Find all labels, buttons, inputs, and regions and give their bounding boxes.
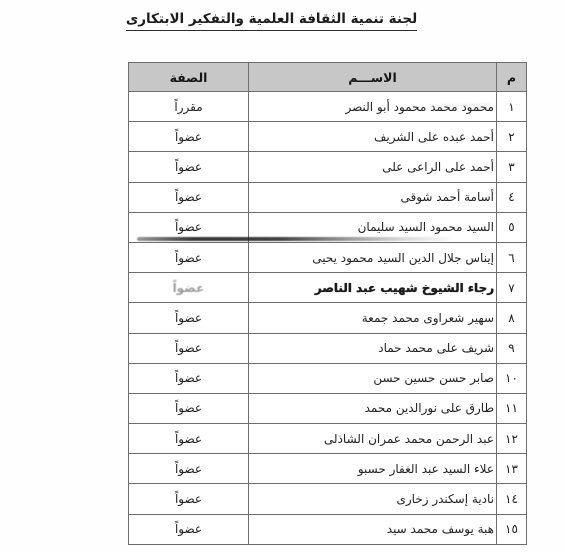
table-row: ٨سهير شعراوى محمد جمعةعضواً [129,303,527,333]
member-role: عضواً [129,273,249,303]
member-role: عضواً [129,454,249,484]
table-header: م الاســـم الصفة [129,63,527,92]
member-role: عضواً [129,484,249,514]
member-name: محمود محمد محمود أبو النصر [249,92,497,122]
row-number: ٩ [497,333,527,363]
row-number: ١١ [497,393,527,423]
table-row: ٩شريف على محمد حمادعضواً [129,333,527,363]
member-role: عضواً [129,514,249,544]
table-row: ٦إيناس جلال الدين السيد محمود يحيىعضواً [129,242,527,272]
member-name: أحمد على الراعى على [249,152,497,182]
column-header-role: الصفة [129,63,249,92]
row-number: ١٢ [497,424,527,454]
member-name: صابر حسن حسين حسن [249,363,497,393]
row-number: ٥ [497,212,527,242]
table-header-row: م الاســـم الصفة [129,63,527,92]
row-number: ١٥ [497,514,527,544]
page-title-container: لجنة تنمية الثقافة العلمية والتفكير الاب… [0,8,554,31]
table-row: ١١طارق على نورالدين محمدعضواً [129,393,527,423]
row-number: ٤ [497,182,527,212]
member-role: عضواً [129,182,249,212]
row-number: ١٠ [497,363,527,393]
table-row: ٤أسامة أحمد شوقىعضواً [129,182,527,212]
table-body: ١محمود محمد محمود أبو النصرمقرراً٢أحمد ع… [129,92,527,545]
table-row: ١٢عبد الرحمن محمد عمران الشاذلىعضواً [129,424,527,454]
member-role: عضواً [129,122,249,152]
row-number: ١٣ [497,454,527,484]
member-name: طارق على نورالدين محمد [249,393,497,423]
table-row: ٢أحمد عبده على الشريفعضواً [129,122,527,152]
table-row: ١٥هبة يوسف محمد سيدعضواً [129,514,527,544]
row-number: ٧ [497,273,527,303]
member-name: سهير شعراوى محمد جمعة [249,303,497,333]
committee-members-table: م الاســـم الصفة ١محمود محمد محمود أبو ا… [128,62,527,545]
column-header-number: م [497,63,527,92]
table-row: ٣أحمد على الراعى علىعضواً [129,152,527,182]
document-page: لجنة تنمية الثقافة العلمية والتفكير الاب… [0,0,565,552]
row-number: ١ [497,92,527,122]
member-name: عبد الرحمن محمد عمران الشاذلى [249,424,497,454]
member-name: شريف على محمد حماد [249,333,497,363]
table-row: ١٠صابر حسن حسين حسنعضواً [129,363,527,393]
column-header-name: الاســـم [249,63,497,92]
table-row: ٥السيد محمود السيد سليمانعضواً [129,212,527,242]
member-name: أحمد عبده على الشريف [249,122,497,152]
table-row: ١٣علاء السيد عبد الغفار حسبوعضواً [129,454,527,484]
row-number: ٨ [497,303,527,333]
member-role: عضواً [129,212,249,242]
table-row: ٧رجاء الشيوخ شهيب عبد الناصرعضواً [129,273,527,303]
row-number: ٢ [497,122,527,152]
member-role: عضواً [129,393,249,423]
member-name: رجاء الشيوخ شهيب عبد الناصر [249,273,497,303]
table-row: ١محمود محمد محمود أبو النصرمقرراً [129,92,527,122]
member-name: هبة يوسف محمد سيد [249,514,497,544]
member-role: عضواً [129,424,249,454]
member-name: إيناس جلال الدين السيد محمود يحيى [249,242,497,272]
member-role: مقرراً [129,92,249,122]
page-title: لجنة تنمية الثقافة العلمية والتفكير الاب… [126,11,417,31]
member-role: عضواً [129,152,249,182]
member-role: عضواً [129,303,249,333]
row-number: ٦ [497,242,527,272]
member-role: عضواً [129,333,249,363]
member-name: علاء السيد عبد الغفار حسبو [249,454,497,484]
row-number: ٣ [497,152,527,182]
member-name: أسامة أحمد شوقى [249,182,497,212]
member-role: عضواً [129,363,249,393]
member-role: عضواً [129,242,249,272]
member-name: نادية إسكندر زخارى [249,484,497,514]
member-name: السيد محمود السيد سليمان [249,212,497,242]
row-number: ١٤ [497,484,527,514]
table-row: ١٤نادية إسكندر زخارىعضواً [129,484,527,514]
